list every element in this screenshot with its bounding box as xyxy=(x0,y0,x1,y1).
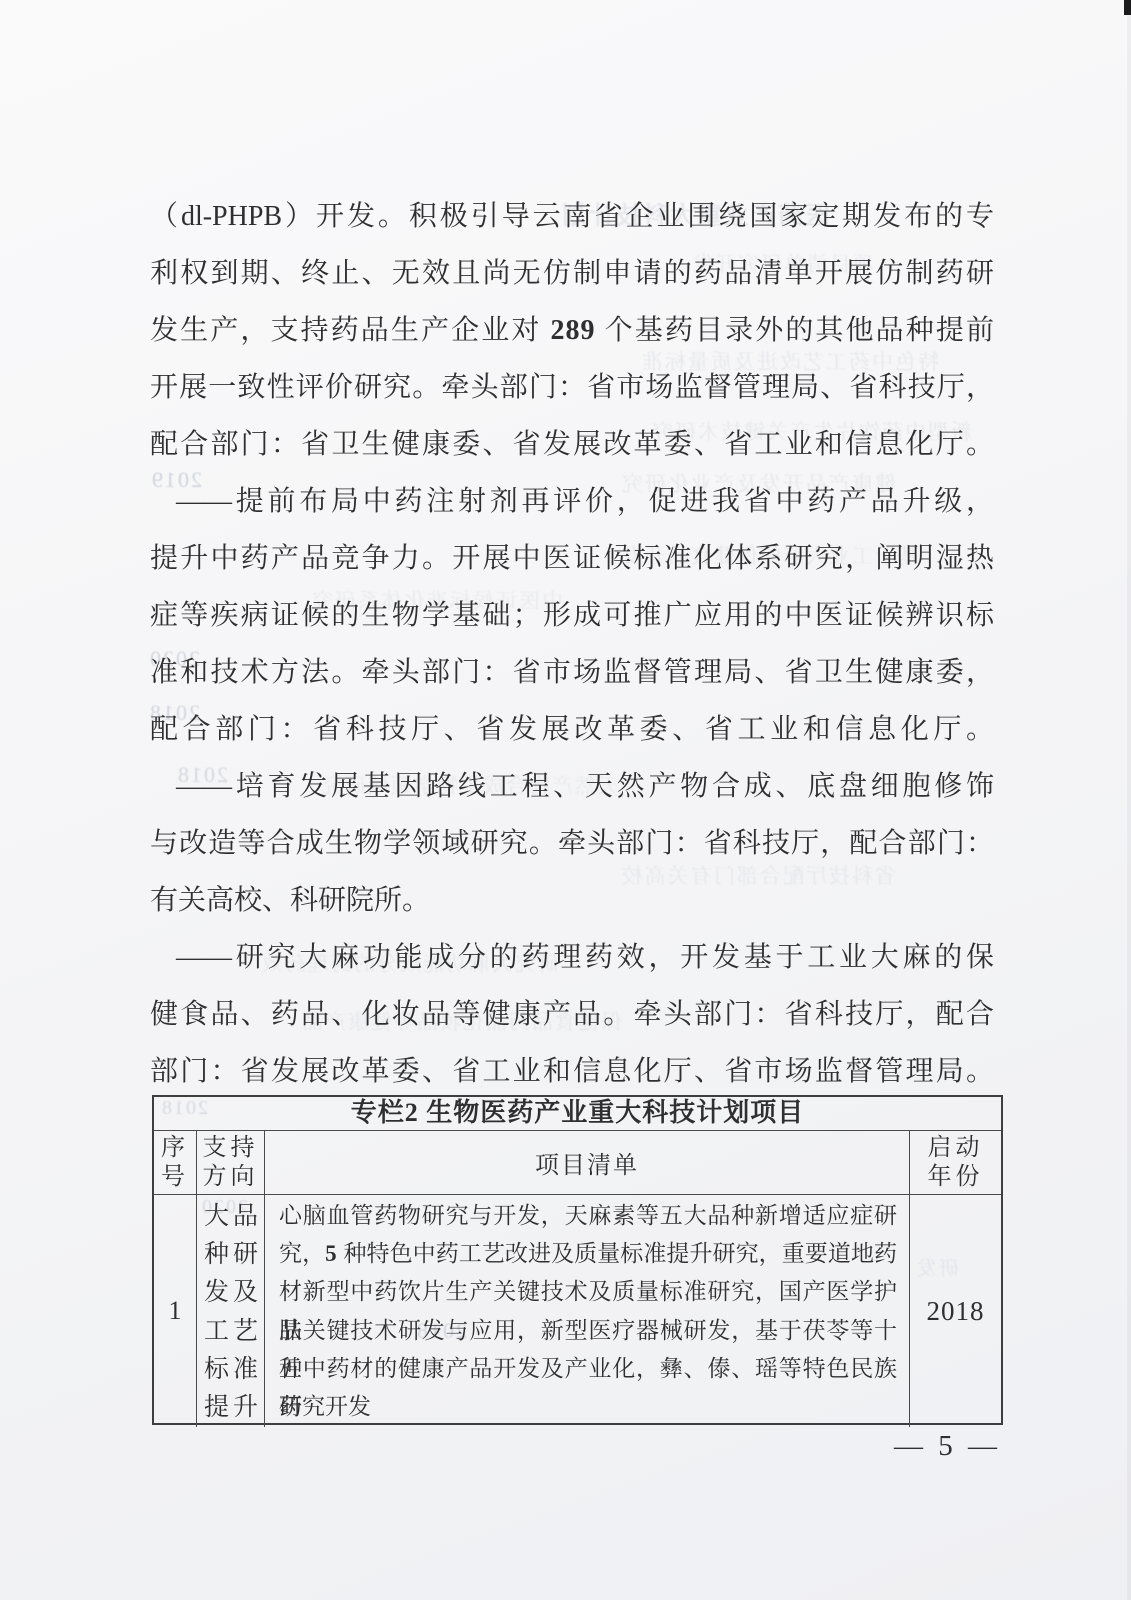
direction-line: 发及 xyxy=(204,1274,258,1312)
project-line: 研究开发 xyxy=(279,1388,897,1426)
direction-line: 种研 xyxy=(204,1236,258,1274)
cell-projects: 心脑血管药物研究与开发，天麻素等五大品种新增适应症研究，5 种特色中药工艺改进及… xyxy=(264,1195,909,1427)
direction-line: 提升 xyxy=(204,1389,258,1427)
page-content: （dl-PHPB）开发。积极引导云南省企业围绕国家定期发布的专利权到期、终止、无… xyxy=(0,0,1131,1600)
text-line: 开展一致性评价研究。牵头部门：省市场监督管理局、省科技厅， xyxy=(150,359,994,416)
text-line: （dl-PHPB）开发。积极引导云南省企业围绕国家定期发布的专 xyxy=(150,188,994,245)
table-title: 专栏2 生物医药产业重大科技计划项目 xyxy=(154,1097,1001,1131)
text-line: 配合部门：省卫生健康委、省发展改革委、省工业和信息化厅。 xyxy=(150,416,994,473)
project-line: 品关键技术研发与应用，新型医疗器械研发，基于茯苓等十五 xyxy=(279,1312,897,1350)
direction-line: 大品 xyxy=(204,1198,258,1236)
cell-year: 2018 xyxy=(909,1195,1001,1427)
body-text-block: （dl-PHPB）开发。积极引导云南省企业围绕国家定期发布的专利权到期、终止、无… xyxy=(150,188,994,1100)
text-line: 健食品、药品、化妆品等健康产品。牵头部门：省科技厅，配合 xyxy=(150,986,994,1043)
cell-seq: 1 xyxy=(154,1195,196,1427)
text-line: ——提前布局中药注射剂再评价，促进我省中药产品升级， xyxy=(150,473,994,530)
text-line: 与改造等合成生物学领域研究。牵头部门：省科技厅，配合部门： xyxy=(150,815,994,872)
text-line: 部门：省发展改革委、省工业和信息化厅、省市场监督管理局。 xyxy=(150,1043,994,1100)
project-line: 究，5 种特色中药工艺改进及质量标准提升研究，重要道地药 xyxy=(279,1235,897,1273)
header-seq: 序 号 xyxy=(154,1131,196,1194)
scanned-document-page: 医药产业重大科技计划项目清单研究开发特色中药工艺改进及质量标准新型中药饮片生产关… xyxy=(0,0,1131,1600)
direction-line: 标准 xyxy=(204,1351,258,1389)
header-direction: 支持 方向 xyxy=(196,1131,264,1194)
text-line: 利权到期、终止、无效且尚无仿制申请的药品清单开展仿制药研 xyxy=(150,245,994,302)
project-line: 材新型中药饮片生产关键技术及质量标准研究，国产医学护肤 xyxy=(279,1273,897,1311)
program-table: 专栏2 生物医药产业重大科技计划项目 序 号 支持 方向 项目清单 启动 年份 … xyxy=(152,1095,1003,1425)
table-row: 1 大品种研发及工艺标准提升 心脑血管药物研究与开发，天麻素等五大品种新增适应症… xyxy=(154,1195,1001,1425)
text-line: ——培育发展基因路线工程、天然产物合成、底盘细胞修饰 xyxy=(150,758,994,815)
cell-direction: 大品种研发及工艺标准提升 xyxy=(196,1195,264,1427)
page-number: — 5 — xyxy=(894,1428,1001,1464)
table-header-row: 序 号 支持 方向 项目清单 启动 年份 xyxy=(154,1131,1001,1195)
text-line: ——研究大麻功能成分的药理药效，开发基于工业大麻的保 xyxy=(150,929,994,986)
header-projects: 项目清单 xyxy=(264,1131,909,1194)
text-line: 准和技术方法。牵头部门：省市场监督管理局、省卫生健康委， xyxy=(150,644,994,701)
header-year: 启动 年份 xyxy=(909,1131,1001,1194)
direction-line: 工艺 xyxy=(204,1313,258,1351)
project-line: 心脑血管药物研究与开发，天麻素等五大品种新增适应症研 xyxy=(279,1197,897,1235)
project-line: 种中药材的健康产品开发及产业化，彝、傣、瑶等特色民族药 xyxy=(279,1350,897,1388)
text-line: 配合部门：省科技厅、省发展改革委、省工业和信息化厅。 xyxy=(150,701,994,758)
text-line: 提升中药产品竞争力。开展中医证候标准化体系研究，阐明湿热 xyxy=(150,530,994,587)
text-line: 症等疾病证候的生物学基础；形成可推广应用的中医证候辨识标 xyxy=(150,587,994,644)
text-line: 有关高校、科研院所。 xyxy=(150,872,994,929)
text-line: 发生产，支持药品生产企业对 289 个基药目录外的其他品种提前 xyxy=(150,302,994,359)
